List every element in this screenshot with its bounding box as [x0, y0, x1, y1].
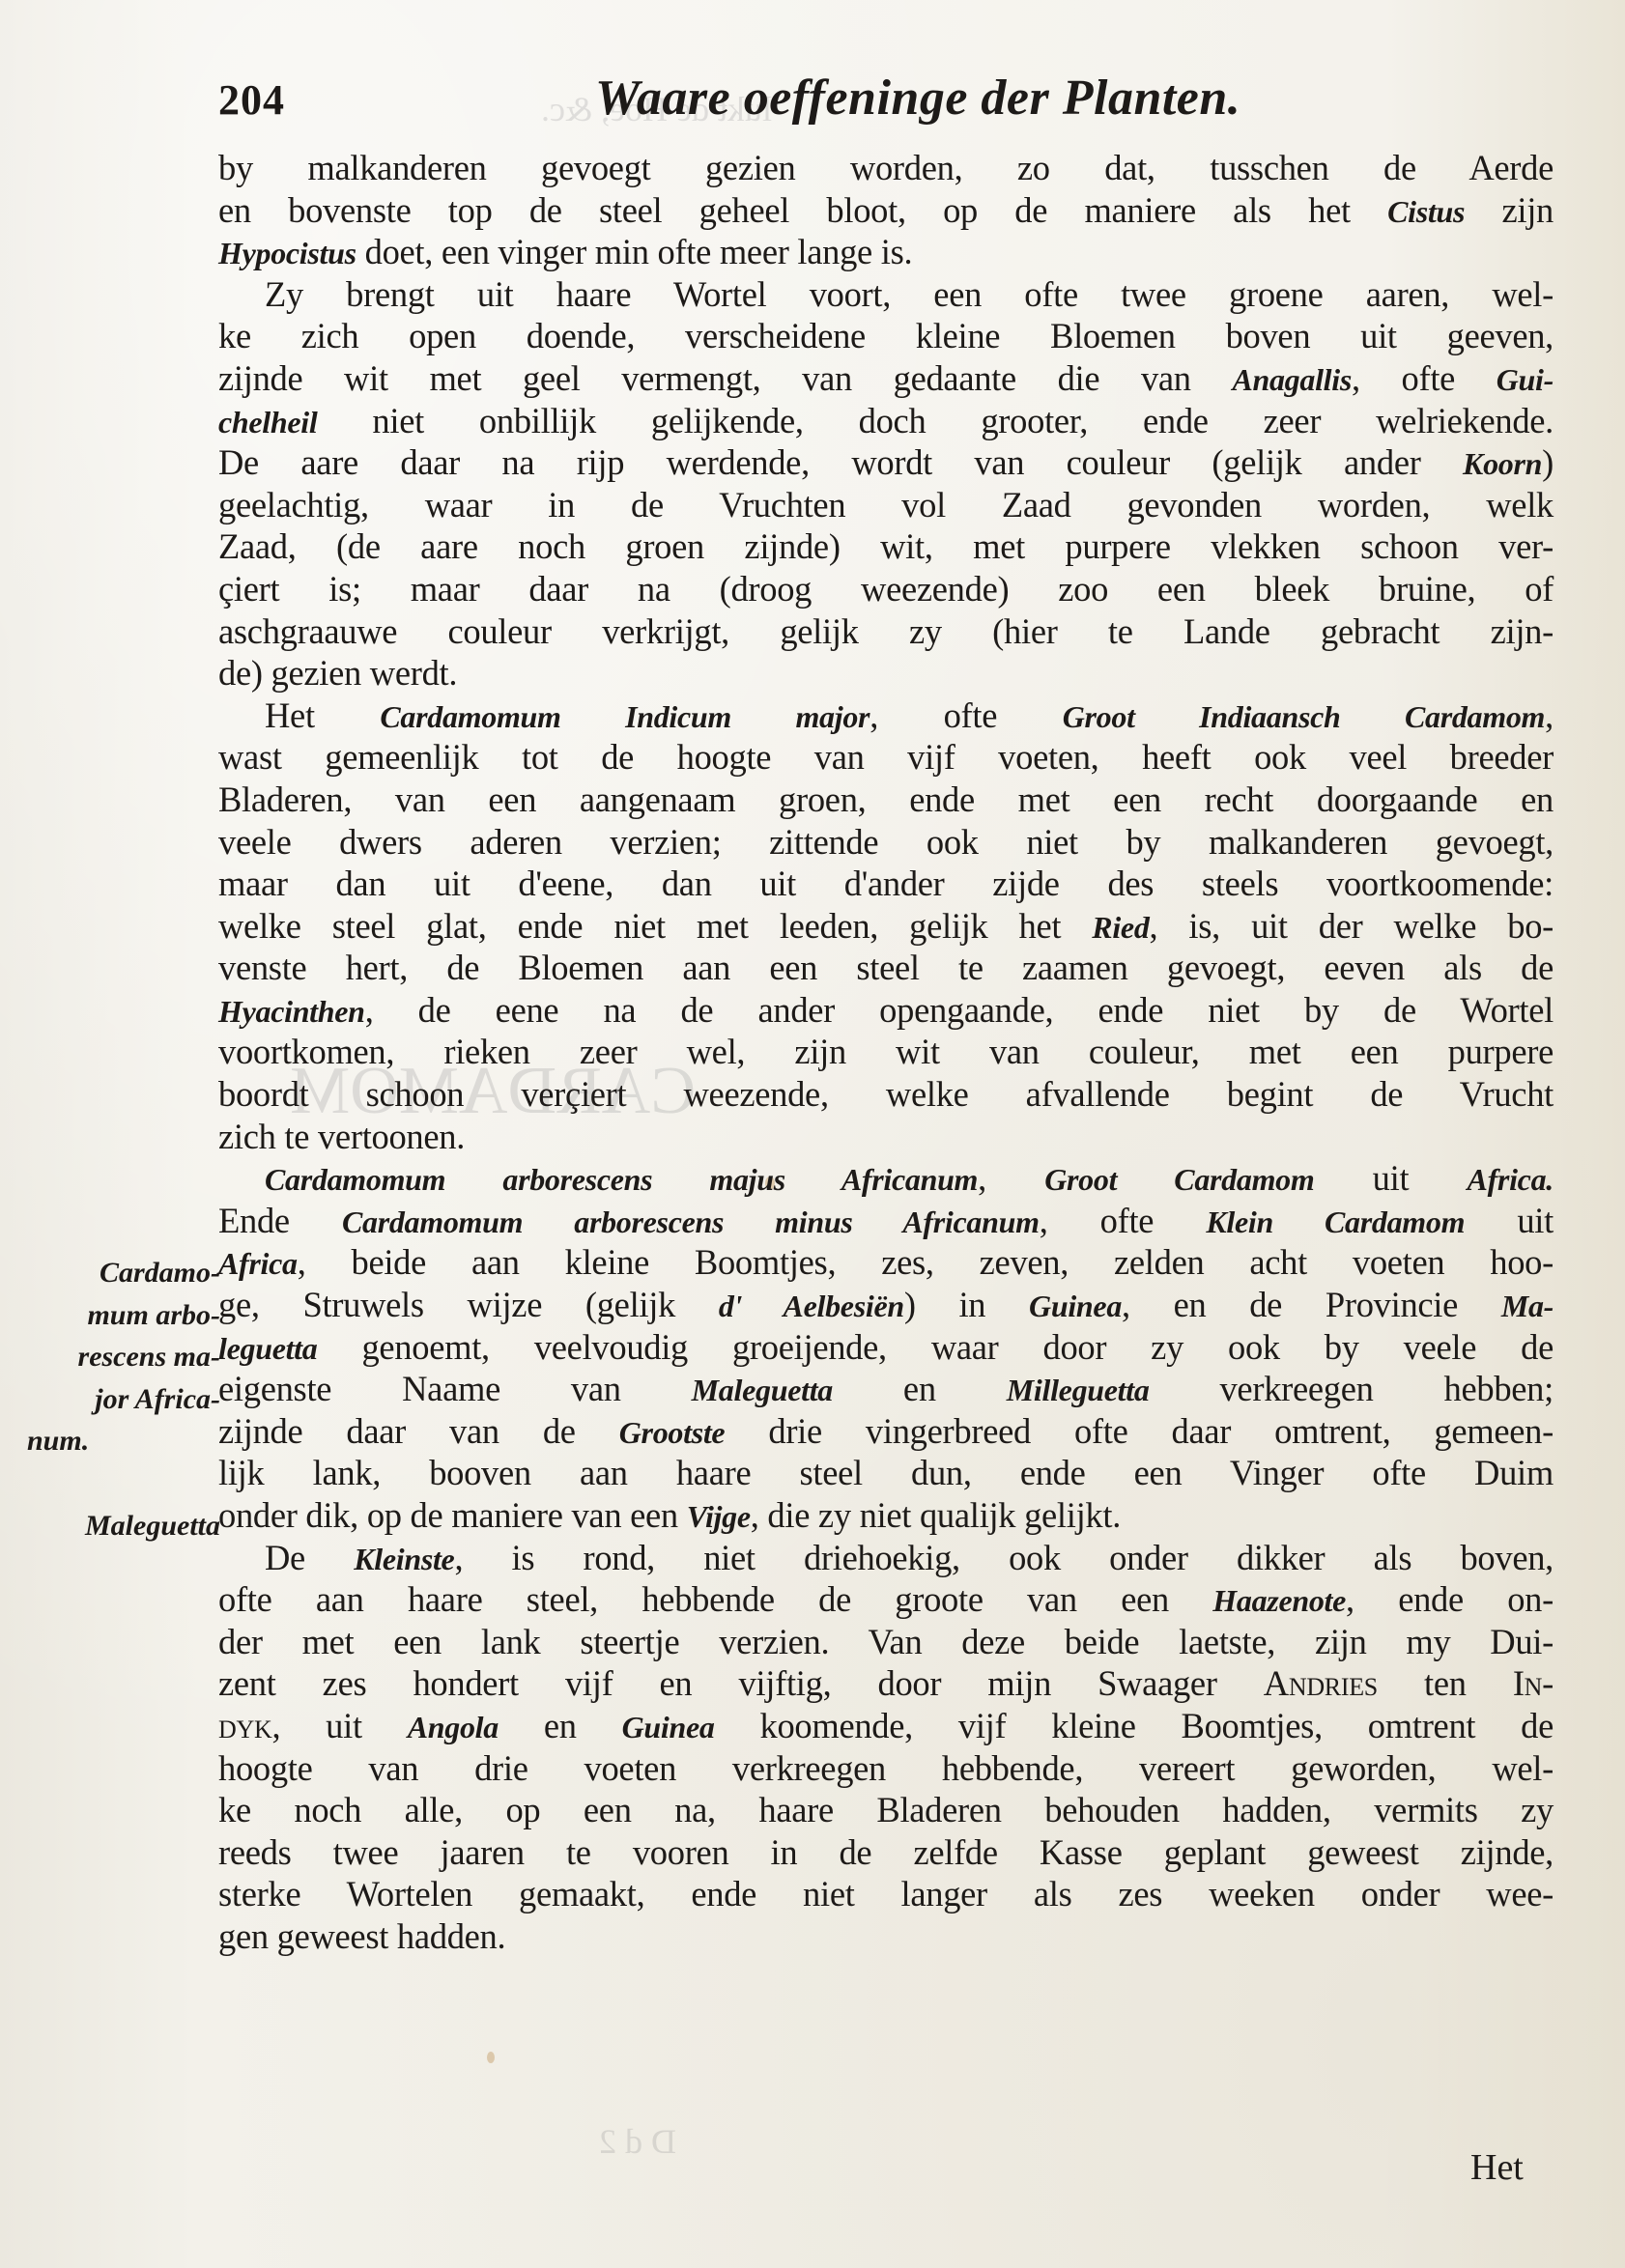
paragraph: Het Cardamomum Indicum major, ofte Groot…	[218, 695, 1554, 1158]
text-run: , ende on-	[1346, 1579, 1554, 1619]
text-run: sterke Wortelen gemaakt, ende niet lange…	[218, 1874, 1554, 1914]
text-run: ge, Struwels wijze (gelijk	[218, 1285, 719, 1324]
margin-notes: Cardamo- mum arbo- rescens ma- jor Afric…	[27, 1252, 220, 1546]
paragraph: De Kleinste, is rond, niet driehoekig, o…	[218, 1537, 1554, 1958]
text-run: ,	[978, 1158, 1044, 1198]
text-line: by malkanderen gevoegt gezien worden, zo…	[218, 147, 1554, 189]
italic-term: Anagallis	[1232, 362, 1352, 397]
text-line: gen geweest hadden.	[218, 1915, 1554, 1958]
text-run: ) in	[904, 1285, 1029, 1324]
italic-term: Angola	[408, 1710, 499, 1744]
text-line: leguetta genoemt, veelvoudig groeijende,…	[218, 1326, 1554, 1369]
italic-term: Africa.	[1468, 1162, 1554, 1197]
italic-term: Guinea	[622, 1710, 715, 1744]
italic-term: Koorn	[1463, 446, 1542, 481]
text-line: ke noch alle, op een na, haare Bladeren …	[218, 1789, 1554, 1831]
text-run: en	[499, 1706, 622, 1745]
text-line: Hypocistus doet, een vinger min ofte mee…	[218, 231, 1554, 273]
small-caps-name: In-	[1513, 1663, 1554, 1703]
text-run: , en de Provincie	[1122, 1285, 1501, 1324]
italic-term: Hyacinthen	[218, 994, 365, 1029]
italic-term: Groot Cardamom	[1044, 1162, 1314, 1197]
italic-term: Grootste	[619, 1415, 726, 1450]
text-line: De aare daar na rijp werdende, wordt van…	[218, 441, 1554, 484]
text-run: ,	[1545, 695, 1554, 735]
text-run: zijnde wit met geel vermengt, van gedaan…	[218, 358, 1232, 398]
margin-note-cardamomum: Cardamo- mum arbo- rescens ma- jor Afric…	[27, 1252, 220, 1462]
text-run: , is, uit der welke bo-	[1150, 906, 1554, 946]
text-line: veele dwers aderen verzien; zittende ook…	[218, 821, 1554, 864]
italic-term: Haazenote	[1212, 1583, 1346, 1618]
text-run: reeds twee jaaren te vooren in de zelfde…	[218, 1832, 1554, 1872]
text-line: zent zes hondert vijf en vijftig, door m…	[218, 1662, 1554, 1705]
italic-term: d' Aelbesiën	[719, 1289, 904, 1323]
text-run: welke steel glat, ende niet met leeden, …	[218, 906, 1092, 946]
text-line: çiert is; maar daar na (droog weezende) …	[218, 568, 1554, 610]
text-run: ke zich open doende, verscheidene kleine…	[218, 316, 1554, 355]
page-number: 204	[218, 75, 285, 125]
body-text: by malkanderen gevoegt gezien worden, zo…	[218, 147, 1554, 1958]
text-run: zent zes hondert vijf en vijftig, door m…	[218, 1663, 1264, 1703]
text-line: en bovenste top de steel geheel bloot, o…	[218, 189, 1554, 232]
text-run: , is rond, niet driehoekig, ook onder di…	[454, 1538, 1554, 1577]
page-title: Waare oeffeninge der Planten.	[595, 70, 1240, 127]
text-run: De	[265, 1538, 354, 1577]
text-run: de) gezien werdt.	[218, 653, 457, 693]
text-line: zijnde wit met geel vermengt, van gedaan…	[218, 357, 1554, 400]
text-run: en	[833, 1369, 1007, 1408]
text-line: aschgraauwe couleur verkrijgt, gelijk zy…	[218, 610, 1554, 653]
text-run: )	[1542, 442, 1554, 482]
text-line: de) gezien werdt.	[218, 652, 1554, 695]
text-run: hoogte van drie voeten verkreegen hebben…	[218, 1748, 1554, 1788]
italic-term: Hypocistus	[218, 236, 356, 270]
text-line: lijk lank, booven aan haare steel dun, e…	[218, 1452, 1554, 1494]
italic-term: Ma-	[1501, 1289, 1554, 1323]
text-line: zijnde daar van de Grootste drie vingerb…	[218, 1410, 1554, 1453]
italic-term: Maleguetta	[692, 1373, 833, 1407]
text-run: , beide aan kleine Boomtjes, zes, zeven,…	[298, 1242, 1554, 1282]
text-run: Bladeren, van een aangenaam groen, ende …	[218, 780, 1554, 819]
italic-term: Cardamomum Indicum major	[380, 699, 870, 734]
text-run: venste hert, de Bloemen aan een steel te…	[218, 948, 1554, 987]
paragraph: by malkanderen gevoegt gezien worden, zo…	[218, 147, 1554, 273]
text-line: boordt schoon verçiert weezende, welke a…	[218, 1073, 1554, 1116]
text-run: niet onbillijk gelijkende, doch grooter,…	[317, 401, 1554, 440]
text-run: eigenste Naame van	[218, 1369, 692, 1408]
text-run: zijnde daar van de	[218, 1411, 619, 1451]
margin-note-line: mum arbo-	[27, 1294, 220, 1337]
italic-term: Africa	[218, 1246, 298, 1281]
text-line: zich te vertoonen.	[218, 1116, 1554, 1158]
text-run: onder dik, op de maniere van een	[218, 1495, 687, 1535]
text-line: Zy brengt uit haare Wortel voort, een of…	[218, 273, 1554, 316]
text-line: sterke Wortelen gemaakt, ende niet lange…	[218, 1873, 1554, 1915]
text-run: aschgraauwe couleur verkrijgt, gelijk zy…	[218, 611, 1554, 651]
text-line: geelachtig, waar in de Vruchten vol Zaad…	[218, 484, 1554, 526]
catchword: Het	[1470, 2146, 1524, 2189]
text-run: en bovenste top de steel geheel bloot, o…	[218, 190, 1387, 230]
paper-stain	[487, 2052, 495, 2063]
text-run: , ofte	[1352, 358, 1497, 398]
text-run: ofte aan haare steel, hebbende de groote…	[218, 1579, 1212, 1619]
paragraph: Cardamomum arborescens majus Africanum, …	[218, 1157, 1554, 1536]
italic-term: leguetta	[218, 1331, 317, 1366]
text-line: Het Cardamomum Indicum major, ofte Groot…	[218, 695, 1554, 737]
italic-term: Klein Cardamom	[1206, 1205, 1465, 1239]
italic-term: Ried	[1092, 910, 1149, 945]
paragraph: Zy brengt uit haare Wortel voort, een of…	[218, 273, 1554, 695]
text-line: maar dan uit d'eene, dan uit d'ander zij…	[218, 863, 1554, 905]
text-run: , de eene na de ander opengaande, ende n…	[365, 990, 1554, 1030]
text-run: Het	[265, 695, 380, 735]
text-run: maar dan uit d'eene, dan uit d'ander zij…	[218, 864, 1554, 903]
text-run: zijn	[1465, 190, 1554, 230]
text-line: wast gemeenlijk tot de hoogte van vijf v…	[218, 736, 1554, 779]
text-line: welke steel glat, ende niet met leeden, …	[218, 905, 1554, 948]
text-run: der met een lank steertje verzien. Van d…	[218, 1622, 1554, 1661]
book-page: lukt de Hoe, &c. CARDAMOM D d 2 204 Waar…	[0, 0, 1625, 2268]
text-line: eigenste Naame van Maleguetta en Millegu…	[218, 1368, 1554, 1410]
text-line: chelheil niet onbillijk gelijkende, doch…	[218, 400, 1554, 442]
margin-note-line: rescens ma-	[27, 1336, 220, 1378]
text-run: , die zy niet qualijk gelijkt.	[751, 1495, 1121, 1535]
running-head: 204 Waare oeffeninge der Planten.	[218, 75, 1523, 143]
text-line: ke zich open doende, verscheidene kleine…	[218, 315, 1554, 357]
text-run: Zaad, (de aare noch groen zijnde) wit, m…	[218, 526, 1554, 566]
text-line: der met een lank steertje verzien. Van d…	[218, 1621, 1554, 1663]
text-line: voortkomen, rieken zeer wel, zijn wit va…	[218, 1031, 1554, 1073]
text-run: lijk lank, booven aan haare steel dun, e…	[218, 1453, 1554, 1492]
text-run: verkreegen hebben;	[1150, 1369, 1554, 1408]
text-run: zich te vertoonen.	[218, 1117, 465, 1156]
text-run: drie vingerbreed ofte daar omtrent, geme…	[725, 1411, 1554, 1451]
text-line: ge, Struwels wijze (gelijk d' Aelbesiën)…	[218, 1284, 1554, 1326]
text-run: çiert is; maar daar na (droog weezende) …	[218, 569, 1554, 609]
margin-note-line: jor Africa-	[27, 1378, 220, 1421]
italic-term: Cistus	[1387, 194, 1465, 229]
text-line: onder dik, op de maniere van een Vijge, …	[218, 1494, 1554, 1537]
text-run: ten	[1378, 1663, 1513, 1703]
italic-term: Vijge	[687, 1499, 751, 1534]
text-run: , ofte	[870, 695, 1063, 735]
text-line: reeds twee jaaren te vooren in de zelfde…	[218, 1831, 1554, 1874]
text-run: voortkomen, rieken zeer wel, zijn wit va…	[218, 1032, 1554, 1071]
italic-term: Cardamomum arborescens minus Africanum	[342, 1205, 1040, 1239]
text-line: Hyacinthen, de eene na de ander opengaan…	[218, 989, 1554, 1032]
text-line: De Kleinste, is rond, niet driehoekig, o…	[218, 1537, 1554, 1579]
text-line: ofte aan haare steel, hebbende de groote…	[218, 1578, 1554, 1621]
margin-note-maleguetta: Maleguetta	[27, 1505, 220, 1547]
small-caps-name: dyk	[218, 1706, 271, 1745]
text-run: Ende	[218, 1201, 342, 1240]
italic-term: Groot Indiaansch Cardamom	[1063, 699, 1545, 734]
text-line: Cardamomum arborescens majus Africanum, …	[218, 1157, 1554, 1200]
text-line: Ende Cardamomum arborescens minus Africa…	[218, 1200, 1554, 1242]
text-line: Bladeren, van een aangenaam groen, ende …	[218, 779, 1554, 821]
text-run: wast gemeenlijk tot de hoogte van vijf v…	[218, 737, 1554, 777]
text-run: Zy brengt uit haare Wortel voort, een of…	[265, 274, 1554, 314]
text-run: geelachtig, waar in de Vruchten vol Zaad…	[218, 485, 1554, 524]
italic-term: Gui-	[1497, 362, 1554, 397]
italic-term: Guinea	[1029, 1289, 1122, 1323]
text-run: veele dwers aderen verzien; zittende ook…	[218, 822, 1554, 862]
text-run: genoemt, veelvoudig groeijende, waar doo…	[317, 1327, 1554, 1367]
small-caps-name: Andries	[1264, 1663, 1378, 1703]
text-run: , uit	[271, 1706, 407, 1745]
text-run: koomende, vijf kleine Boomtjes, omtrent …	[715, 1706, 1554, 1745]
italic-term: Cardamomum arborescens majus Africanum	[265, 1162, 978, 1197]
italic-term: Milleguetta	[1007, 1373, 1150, 1407]
text-line: Africa, beide aan kleine Boomtjes, zes, …	[218, 1241, 1554, 1284]
text-run: De aare daar na rijp werdende, wordt van…	[218, 442, 1463, 482]
text-run: , ofte	[1040, 1201, 1207, 1240]
text-run: boordt schoon verçiert weezende, welke a…	[218, 1074, 1554, 1114]
text-line: venste hert, de Bloemen aan een steel te…	[218, 947, 1554, 989]
text-run: gen geweest hadden.	[218, 1916, 505, 1956]
margin-note-line: Cardamo-	[27, 1252, 220, 1294]
text-run: ke noch alle, op een na, haare Bladeren …	[218, 1790, 1554, 1829]
text-run: doet, een vinger min ofte meer lange is.	[356, 232, 913, 271]
text-run: uit	[1465, 1201, 1554, 1240]
text-line: hoogte van drie voeten verkreegen hebben…	[218, 1747, 1554, 1790]
bleed-through-text: D d 2	[599, 2121, 676, 2162]
text-run: by malkanderen gevoegt gezien worden, zo…	[218, 148, 1554, 187]
italic-term: chelheil	[218, 405, 317, 439]
italic-term: Kleinste	[354, 1542, 454, 1576]
text-run: uit	[1314, 1158, 1467, 1198]
text-line: dyk, uit Angola en Guinea koomende, vijf…	[218, 1705, 1554, 1747]
text-line: Zaad, (de aare noch groen zijnde) wit, m…	[218, 525, 1554, 568]
margin-note-line: num.	[27, 1420, 220, 1462]
